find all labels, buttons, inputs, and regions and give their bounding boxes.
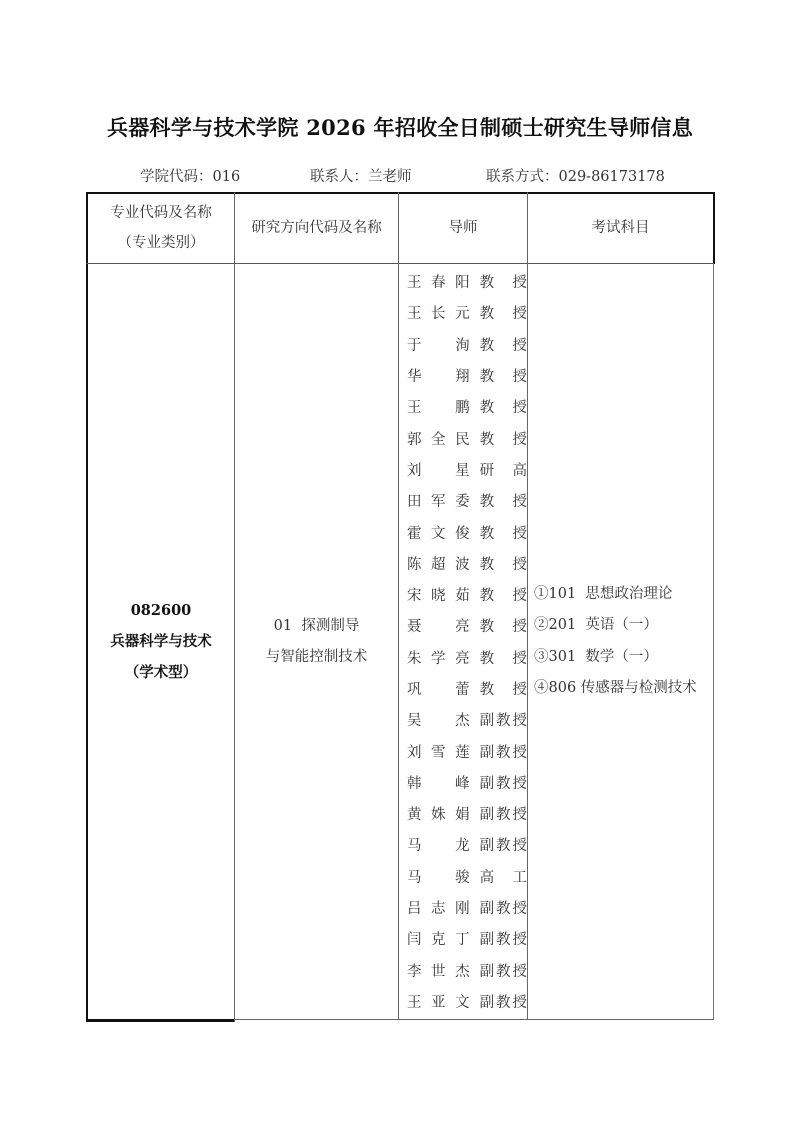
advisor-title: 教授 (480, 647, 527, 668)
advisor-title: 副教授 (480, 772, 527, 793)
advisor-name: 田军委 (399, 490, 470, 511)
advisor-row: 田军委教授 (399, 485, 527, 516)
advisor-name: 霍文俊 (399, 522, 470, 543)
advisor-title: 副教授 (480, 803, 527, 824)
advisor-title: 副教授 (480, 928, 527, 949)
advisor-name: 郭全民 (399, 428, 470, 449)
advisor-row: 宋晓茹教授 (399, 579, 527, 610)
exam-cell: ①101 思想政治理论 ②201 英语（一） ③301 数学（一） ④806 传… (528, 579, 713, 704)
advisor-title: 副教授 (480, 991, 527, 1012)
advisor-name: 宋晓茹 (399, 584, 470, 605)
col1-bottom-border (86, 1019, 235, 1022)
advisor-title: 教授 (480, 396, 527, 417)
header-right-border (713, 192, 715, 264)
advisor-title: 副教授 (480, 834, 527, 855)
advisor-title: 教授 (480, 678, 527, 699)
direction-cell: 01 探测制导 与智能控制技术 (235, 264, 398, 1019)
advisor-name: 韩峰 (399, 772, 470, 793)
advisor-name: 吴杰 (399, 709, 470, 730)
advisor-row: 马龙副教授 (399, 829, 527, 860)
advisor-row: 马骏高工 (399, 861, 527, 892)
major-name: 兵器科学与技术 (110, 626, 212, 657)
advisor-row: 王春阳教授 (399, 266, 527, 297)
advisor-row: 王亚文副教授 (399, 986, 527, 1017)
advisor-name: 李世杰 (399, 960, 470, 981)
advisor-title: 副教授 (480, 897, 527, 918)
header-major: 专业代码及名称 （专业类别） (88, 192, 234, 264)
advisor-name: 马龙 (399, 834, 470, 855)
advisor-row: 吕志刚副教授 (399, 892, 527, 923)
advisor-row: 李世杰副教授 (399, 955, 527, 986)
advisor-row: 黄姝娟副教授 (399, 798, 527, 829)
advisor-row: 韩峰副教授 (399, 767, 527, 798)
contact-person: 联系人：兰老师 (310, 165, 412, 186)
advisor-title: 教授 (480, 553, 527, 574)
advisor-title: 教授 (480, 428, 527, 449)
header-exam: 考试科目 (528, 192, 713, 264)
advisor-name: 王长元 (399, 302, 470, 323)
header-advisor: 导师 (399, 192, 527, 264)
advisor-row: 郭全民教授 (399, 422, 527, 453)
document-title: 兵器科学与技术学院 2026 年招收全日制硕士研究生导师信息 (0, 112, 800, 142)
advisor-title: 教授 (480, 584, 527, 605)
advisor-title: 教授 (480, 302, 527, 323)
advisor-row: 刘雪莲副教授 (399, 735, 527, 766)
advisor-name: 王亚文 (399, 991, 470, 1012)
advisor-title: 教授 (480, 365, 527, 386)
advisor-row: 霍文俊教授 (399, 516, 527, 547)
advisor-row: 刘星研高 (399, 454, 527, 485)
advisor-row: 王鹏教授 (399, 391, 527, 422)
advisor-name: 刘雪莲 (399, 741, 470, 762)
advisor-row: 吴杰副教授 (399, 704, 527, 735)
advisor-list: 王春阳教授王长元教授于洵教授华翔教授王鹏教授郭全民教授刘星研高田军委教授霍文俊教… (399, 264, 527, 1017)
advisor-title: 高工 (480, 866, 527, 887)
advisor-name: 黄姝娟 (399, 803, 470, 824)
advisor-title: 教授 (480, 271, 527, 292)
advisor-name: 马骏 (399, 866, 470, 887)
advisor-row: 朱学亮教授 (399, 642, 527, 673)
major-type: （学术型） (110, 657, 212, 688)
advisor-title: 副教授 (480, 709, 527, 730)
advisor-title: 副教授 (480, 960, 527, 981)
advisor-row: 闫克丁副教授 (399, 923, 527, 954)
advisor-row: 华翔教授 (399, 360, 527, 391)
advisor-title: 副教授 (480, 741, 527, 762)
header-direction: 研究方向代码及名称 (235, 192, 398, 264)
advisor-name: 王春阳 (399, 271, 470, 292)
advisor-title: 研高 (480, 459, 527, 480)
advisor-title: 教授 (480, 334, 527, 355)
major-cell: 082600 兵器科学与技术 （学术型） (88, 264, 234, 1019)
advisor-row: 陈超波教授 (399, 548, 527, 579)
exam-item: ①101 思想政治理论 (534, 579, 713, 610)
exam-item: ②201 英语（一） (534, 610, 713, 641)
direction-line1: 01 探测制导 (266, 611, 368, 642)
advisor-row: 王长元教授 (399, 297, 527, 328)
advisor-name: 华翔 (399, 365, 470, 386)
college-code: 学院代码：016 (140, 165, 240, 186)
advisor-title: 教授 (480, 522, 527, 543)
exam-item: ③301 数学（一） (534, 642, 713, 673)
advisor-name: 闫克丁 (399, 928, 470, 949)
rest-bottom-border (235, 1019, 714, 1020)
exam-item: ④806 传感器与检测技术 (534, 673, 713, 704)
advisor-name: 聂亮 (399, 615, 470, 636)
major-code: 082600 (110, 595, 212, 626)
advisor-name: 王鹏 (399, 396, 470, 417)
direction-line2: 与智能控制技术 (266, 642, 368, 673)
advisor-title: 教授 (480, 615, 527, 636)
advisor-title: 教授 (480, 490, 527, 511)
advisor-row: 巩蕾教授 (399, 673, 527, 704)
advisor-row: 聂亮教授 (399, 610, 527, 641)
advisor-name: 于洵 (399, 334, 470, 355)
advisor-name: 陈超波 (399, 553, 470, 574)
advisor-name: 巩蕾 (399, 678, 470, 699)
advisor-row: 于洵教授 (399, 329, 527, 360)
contact-method: 联系方式：029-86173178 (486, 165, 665, 186)
advisor-name: 吕志刚 (399, 897, 470, 918)
table-right-border (713, 264, 714, 1020)
advisor-name: 朱学亮 (399, 647, 470, 668)
advisor-name: 刘星 (399, 459, 470, 480)
